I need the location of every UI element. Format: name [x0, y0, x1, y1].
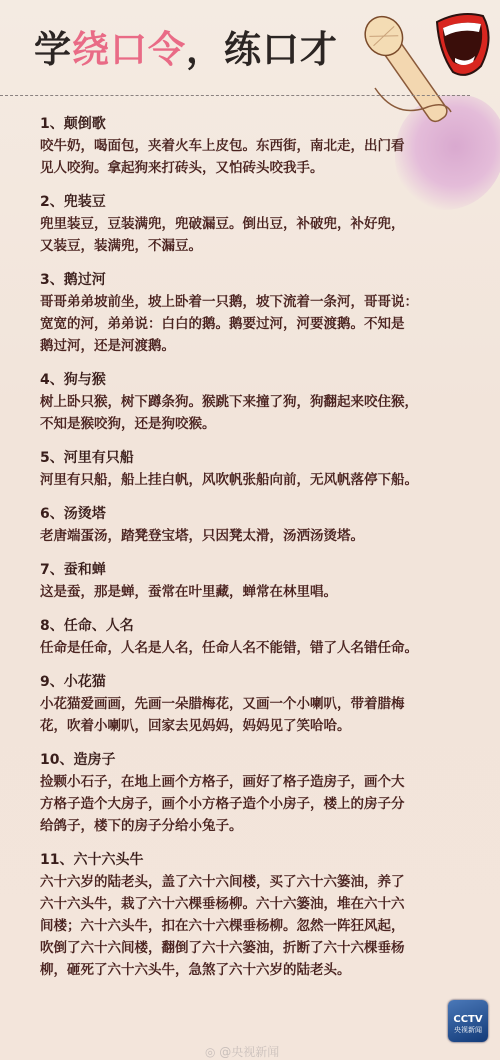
- page-title: 学绕口令，练口才: [34, 28, 338, 72]
- section-9: 9、小花猫 小花猫爱画画，先画一朵腊梅花，又画一个小喇叭，带着腊梅 花，吹着小喇…: [40, 671, 460, 737]
- section-8: 8、任命、人名 任命是任命，人名是人名，任命人名不能错，错了人名错任命。: [40, 615, 460, 659]
- text-line: 不知是猴咬狗，还是狗咬猴。: [40, 413, 460, 435]
- text-line: 鹅过河，还是河渡鹅。: [40, 335, 460, 357]
- text-line: 间楼；六十六头牛，扣在六十六棵垂杨柳。忽然一阵狂风起，: [40, 915, 460, 937]
- section-title: 4、狗与猴: [40, 369, 460, 391]
- text-line: 树上卧只猴，树下蹲条狗。猴跳下来撞了狗，狗翻起来咬住猴，: [40, 391, 460, 413]
- text-line: 花，吹着小喇叭，回家去见妈妈，妈妈见了笑哈哈。: [40, 715, 460, 737]
- text-line: 六十六头牛，栽了六十六棵垂杨柳。六十六篓油，堆在六十六: [40, 893, 460, 915]
- text-line: 哥哥弟弟坡前坐，坡上卧着一只鹅，坡下流着一条河，哥哥说：: [40, 291, 460, 313]
- text-line: 任命是任命，人名是人名，任命人名不能错，错了人名错任命。: [40, 637, 460, 659]
- text-line: 老唐端蛋汤，踏凳登宝塔，只因凳太滑，汤洒汤烫塔。: [40, 525, 460, 547]
- text-line: 宽宽的河，弟弟说：白白的鹅。鹅要过河，河要渡鹅。不知是: [40, 313, 460, 335]
- section-5: 5、河里有只船 河里有只船，船上挂白帆，风吹帆张船向前，无风帆落停下船。: [40, 447, 460, 491]
- section-1: 1、颠倒歌 咬牛奶，喝面包，夹着火车上皮包。东西街，南北走，出门看 见人咬狗。拿…: [40, 113, 460, 179]
- section-title: 7、蚕和蝉: [40, 559, 460, 581]
- weibo-watermark: ◎ @央视新闻: [205, 1043, 279, 1060]
- section-title: 9、小花猫: [40, 671, 460, 693]
- text-line: 小花猫爱画画，先画一朵腊梅花，又画一个小喇叭，带着腊梅: [40, 693, 460, 715]
- section-10: 10、造房子 捡颗小石子，在地上画个方格子，画好了格子造房子，画个大 方格子造个…: [40, 749, 460, 837]
- text-line: 这是蚕，那是蝉，蚕常在叶里藏，蝉常在林里唱。: [40, 581, 460, 603]
- section-4: 4、狗与猴 树上卧只猴，树下蹲条狗。猴跳下来撞了狗，狗翻起来咬住猴， 不知是猴咬…: [40, 369, 460, 435]
- text-line: 捡颗小石子，在地上画个方格子，画好了格子造房子，画个大: [40, 771, 460, 793]
- header-divider: [0, 95, 470, 96]
- header: 学绕口令，练口才: [0, 0, 500, 100]
- cctv-logo-subtext: 央视新闻: [448, 1025, 488, 1035]
- text-line: 柳，砸死了六十六头牛，急煞了六十六岁的陆老头。: [40, 959, 460, 981]
- weibo-icon: ◎: [205, 1045, 219, 1059]
- cctv-logo-text: CCTV: [448, 1015, 488, 1025]
- text-line: 方格子造个大房子，画个小方格子造个小房子，楼上的房子分: [40, 793, 460, 815]
- section-title: 8、任命、人名: [40, 615, 460, 637]
- section-7: 7、蚕和蝉 这是蚕，那是蝉，蚕常在叶里藏，蝉常在林里唱。: [40, 559, 460, 603]
- cctv-news-logo: CCTV 央视新闻: [448, 1000, 488, 1042]
- section-title: 3、鹅过河: [40, 269, 460, 291]
- title-highlight: 绕口令: [72, 28, 186, 71]
- section-3: 3、鹅过河 哥哥弟弟坡前坐，坡上卧着一只鹅，坡下流着一条河，哥哥说： 宽宽的河，…: [40, 269, 460, 357]
- text-line: 又装豆，装满兜，不漏豆。: [40, 235, 460, 257]
- text-line: 六十六岁的陆老头，盖了六十六间楼，买了六十六篓油，养了: [40, 871, 460, 893]
- section-title: 6、汤烫塔: [40, 503, 460, 525]
- text-line: 吹倒了六十六间楼，翻倒了六十六篓油，折断了六十六棵垂杨: [40, 937, 460, 959]
- text-line: 见人咬狗。拿起狗来打砖头，又怕砖头咬我手。: [40, 157, 460, 179]
- text-line: 兜里装豆，豆装满兜，兜破漏豆。倒出豆，补破兜，补好兜，: [40, 213, 460, 235]
- section-2: 2、兜装豆 兜里装豆，豆装满兜，兜破漏豆。倒出豆，补破兜，补好兜， 又装豆，装满…: [40, 191, 460, 257]
- text-line: 给鸽子，楼下的房子分给小兔子。: [40, 815, 460, 837]
- tongue-twister-list: 1、颠倒歌 咬牛奶，喝面包，夹着火车上皮包。东西街，南北走，出门看 见人咬狗。拿…: [40, 113, 460, 993]
- microphone-mouth-illustration-icon: [355, 8, 495, 128]
- section-title: 2、兜装豆: [40, 191, 460, 213]
- text-line: 河里有只船，船上挂白帆，风吹帆张船向前，无风帆落停下船。: [40, 469, 460, 491]
- section-11: 11、六十六头牛 六十六岁的陆老头，盖了六十六间楼，买了六十六篓油，养了 六十六…: [40, 849, 460, 981]
- section-title: 10、造房子: [40, 749, 460, 771]
- section-6: 6、汤烫塔 老唐端蛋汤，踏凳登宝塔，只因凳太滑，汤洒汤烫塔。: [40, 503, 460, 547]
- text-line: 咬牛奶，喝面包，夹着火车上皮包。东西街，南北走，出门看: [40, 135, 460, 157]
- title-part-3: ，练口才: [186, 28, 338, 71]
- section-title: 11、六十六头牛: [40, 849, 460, 871]
- section-title: 1、颠倒歌: [40, 113, 460, 135]
- section-title: 5、河里有只船: [40, 447, 460, 469]
- title-part-1: 学: [34, 28, 72, 71]
- weibo-handle: @央视新闻: [219, 1045, 279, 1059]
